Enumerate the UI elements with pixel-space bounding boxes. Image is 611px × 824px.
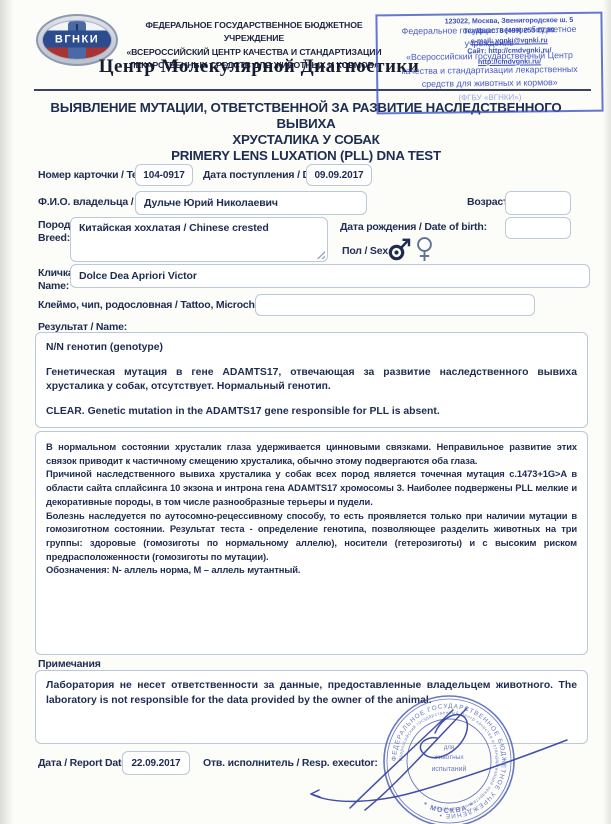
org-line: ФЕДЕРАЛЬНОЕ ГОСУДАРСТВЕННОЕ БЮДЖЕТНОЕ УЧ… xyxy=(126,19,382,46)
age-field xyxy=(505,191,571,215)
logo-text: ВГНКИ xyxy=(55,33,99,45)
female-icon xyxy=(415,235,434,263)
result-text-en: CLEAR. Genetic mutation in the ADAMTS17 … xyxy=(46,405,577,419)
result-genotype: N/N генотип (genotype) xyxy=(46,341,577,355)
test-no-value: 104-0917 xyxy=(143,170,184,181)
test-no-field: 104-0917 xyxy=(135,164,193,186)
stamp-org-line: (ФГБУ «ВГНКИ») xyxy=(380,91,599,106)
report-date-label: Дата / Report Date: xyxy=(38,757,130,769)
scan-edge-left xyxy=(0,0,14,824)
info-paragraph-2: Причиной наследственного вывиха хрустали… xyxy=(46,467,577,508)
stamp-addr-line: http://cmdvgnki.ru/ xyxy=(420,56,599,68)
dog-name-value: Dolce Dea Apriori Victor xyxy=(79,270,197,282)
date-received-field: 09.09.2017 xyxy=(306,164,372,186)
date-received-value: 09.09.2017 xyxy=(314,170,363,181)
dob-label: Дата рождения / Date of birth: xyxy=(340,221,487,233)
scan-edge-right xyxy=(603,0,611,824)
executor-signature xyxy=(295,698,575,813)
info-paragraph-3: Болезнь наследуется по аутосомно-рецесси… xyxy=(46,509,577,564)
result-box: N/N генотип (genotype) Генетическая мута… xyxy=(35,332,588,428)
info-paragraph-1: В нормальном состоянии хрусталик глаза у… xyxy=(46,440,577,467)
result-text-ru: Генетическая мутация в гене ADAMTS17, от… xyxy=(46,366,577,394)
dob-field xyxy=(505,217,571,239)
info-paragraph-4: Обозначения: N- аллель норма, М – аллель… xyxy=(46,563,577,577)
title-line-2: ХРУСТАЛИКА У СОБАК xyxy=(28,132,584,148)
report-date-field: 22.09.2017 xyxy=(122,751,190,775)
vgnki-logo-inner: ВГНКИ xyxy=(42,20,112,60)
sex-icons xyxy=(388,235,434,263)
info-box: В нормальном состоянии хрусталик глаза у… xyxy=(35,431,588,655)
report-date-value: 22.09.2017 xyxy=(131,758,180,769)
stamp-org-line: средств для животных и кормов» xyxy=(380,75,599,91)
logo-band: ВГНКИ xyxy=(43,30,111,47)
owner-value: Дульче Юрий Николаевич xyxy=(144,197,278,209)
notes-label: Примечания xyxy=(38,658,101,670)
dog-name-field: Dolce Dea Apriori Victor xyxy=(70,264,590,288)
stamp-address-text: 123022, Москва, Звенигородское ш. 5 Тел/… xyxy=(419,16,599,69)
male-icon xyxy=(388,235,412,262)
age-label: Возраст xyxy=(467,196,508,208)
corner-address-stamp: Федеральное государственное бюджетное уч… xyxy=(375,12,603,115)
scanned-document-page: ВГНКИ ФЕДЕРАЛЬНОЕ ГОСУДАРСТВЕННОЕ БЮДЖЕТ… xyxy=(0,0,611,824)
breed-field: Китайская хохлатая / Chinese crested xyxy=(70,217,328,262)
title-line-3: PRIMERY LENS LUXATION (PLL) DNA TEST xyxy=(28,148,584,164)
breed-value: Китайская хохлатая / Chinese crested xyxy=(79,222,269,234)
sex-label: Пол / Sex xyxy=(342,245,388,257)
owner-field: Дульче Юрий Николаевич xyxy=(135,191,367,215)
tattoo-field xyxy=(255,294,535,316)
